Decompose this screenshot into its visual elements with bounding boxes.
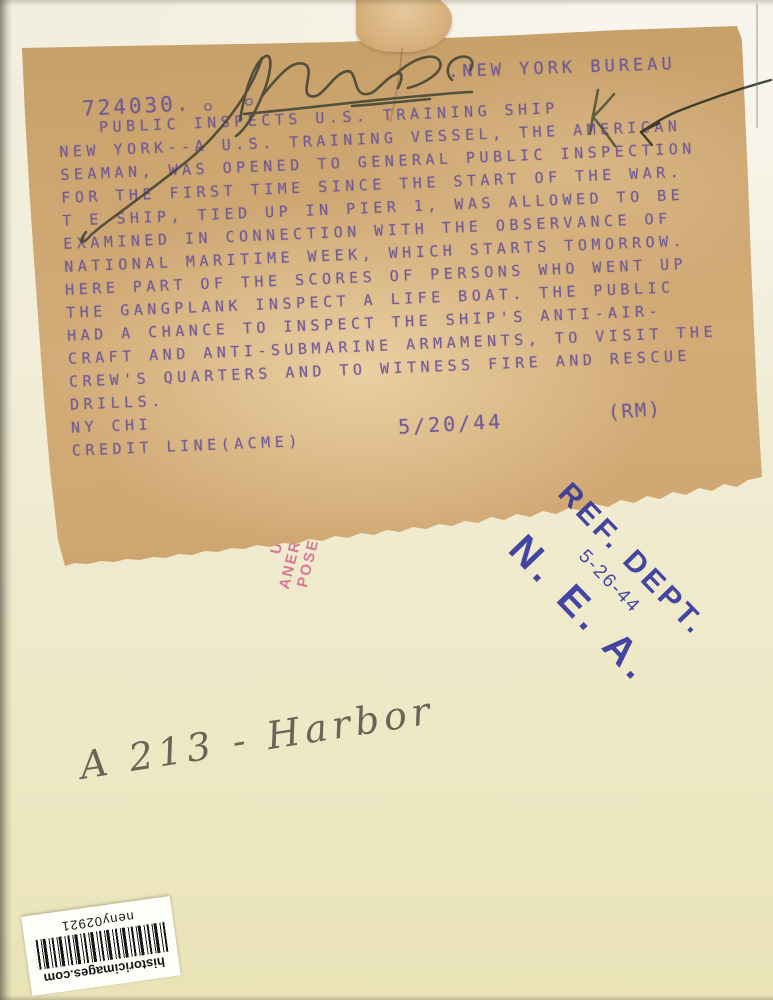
pencil-note: A 213 - Harbor: [77, 688, 438, 788]
caption-initials: (RM): [607, 398, 662, 424]
photo-top-edge: [0, 0, 773, 6]
photo-back-scan: US ANER POSE 724030. .NEW YORK BUREAU PU…: [0, 0, 773, 1000]
barcode-sticker: historicimages.com neny02921: [21, 896, 181, 996]
photo-left-edge: [0, 0, 12, 1000]
photo-bottom-edge: [0, 995, 773, 1000]
